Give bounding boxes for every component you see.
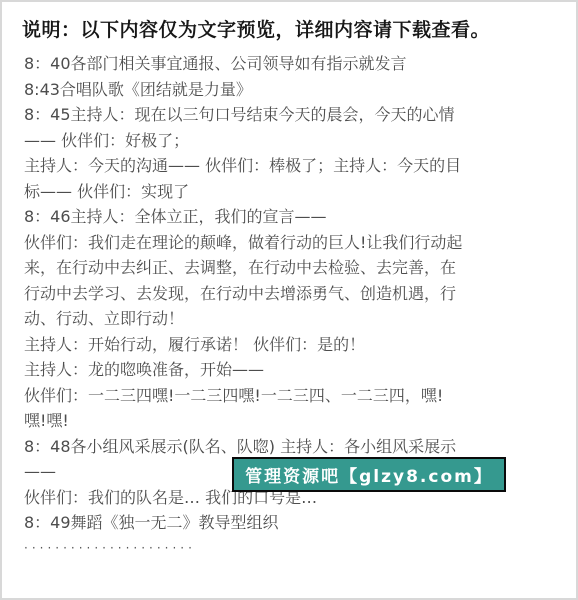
text-line: 标—— 伙伴们：实现了	[24, 179, 560, 205]
text-line: 行动中去学习、去发现，在行动中去增添勇气、创造机遇，行	[24, 281, 560, 307]
text-line: 8：46主持人：全体立正，我们的宣言——	[24, 204, 560, 230]
preview-notice-heading: 说明：以下内容仅为文字预览，详细内容请下载查看。	[22, 17, 562, 43]
ellipsis-line: ······················	[24, 536, 560, 562]
text-line: 主持人：龙的唿唤准备，开始——	[24, 357, 560, 383]
text-line: —— 伙伴们：好极了；	[24, 128, 560, 154]
text-line: 8：48各小组风采展示(队名、队唿) 主持人：各小组风采展示	[24, 434, 560, 460]
text-line: 伙伴们：我们走在理论的颠峰，做着行动的巨人!让我们行动起	[24, 230, 560, 256]
text-line: 8：40各部门相关事宜通报、公司领导如有指示就发言	[24, 51, 560, 77]
text-line: 嘿!嘿!	[24, 408, 560, 434]
site-watermark-badge: 管理资源吧【glzy8.com】	[232, 457, 506, 492]
text-line: 8:43合唱队歌《团结就是力量》	[24, 77, 560, 103]
text-line: 主持人：开始行动，履行承诺！ 伙伴们：是的！	[24, 332, 560, 358]
text-line: 动、行动、立即行动！	[24, 306, 560, 332]
text-line: 伙伴们：一二三四嘿!一二三四嘿!一二三四、一二三四，嘿!	[24, 383, 560, 409]
text-line: 8：49舞蹈《独一无二》教导型组织	[24, 510, 560, 536]
text-line: 主持人：今天的沟通—— 伙伴们：棒极了；主持人：今天的目	[24, 153, 560, 179]
document-preview-page: 说明：以下内容仅为文字预览，详细内容请下载查看。 8：40各部门相关事宜通报、公…	[0, 0, 578, 600]
text-line: 来，在行动中去纠正、去调整，在行动中去检验、去完善，在	[24, 255, 560, 281]
text-line: 8：45主持人：现在以三句口号结束今天的晨会，今天的心情	[24, 102, 560, 128]
